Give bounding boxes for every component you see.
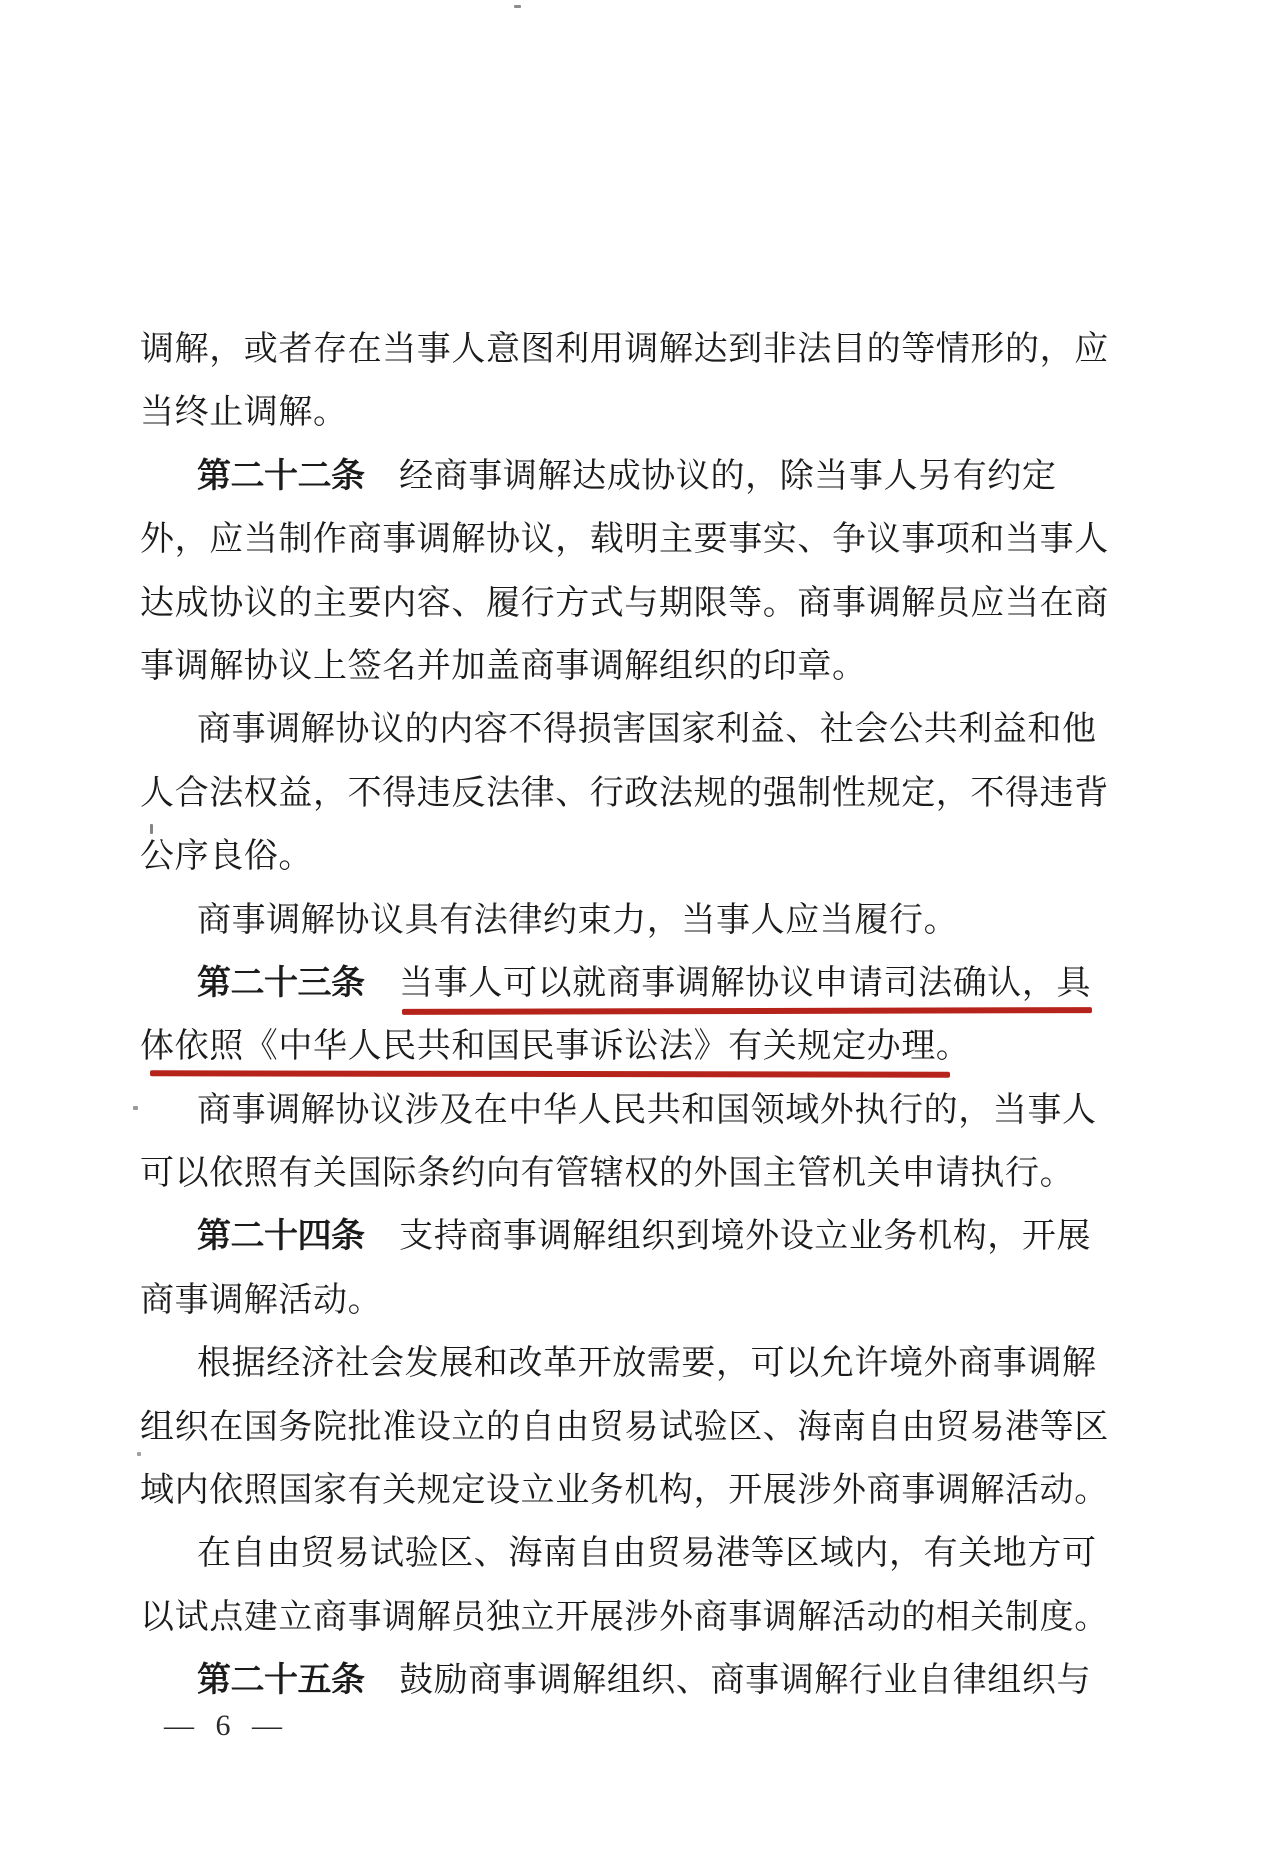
text-line: 第二十二条 经商事调解达成协议的，除当事人另有约定 (140, 445, 1106, 508)
text-line: 第二十五条 鼓励商事调解组织、商事调解行业自律组织与 (140, 1649, 1106, 1712)
body-text: 域内依照国家有关规定设立业务机构，开展涉外商事调解活动。 (140, 1472, 1109, 1509)
text-line: 商事调解协议涉及在中华人民共和国领域外执行的，当事人 (140, 1079, 1106, 1142)
body-text: 公序良俗。 (140, 838, 313, 875)
body-text: 商事调解协议具有法律约束力，当事人应当履行。 (197, 902, 958, 939)
body-text: 外，应当制作商事调解协议，载明主要事实、争议事项和当事人 (140, 521, 1109, 558)
text-line: 达成协议的主要内容、履行方式与期限等。商事调解员应当在商 (140, 572, 1106, 635)
body-text: 根据经济社会发展和改革开放需要，可以允许境外商事调解 (197, 1345, 1097, 1382)
text-line: 人合法权益，不得违反法律、行政法规的强制性规定，不得违背 (140, 762, 1106, 825)
text-line: 组织在国务院批准设立的自由贸易试验区、海南自由贸易港等区 (140, 1396, 1106, 1459)
text-line: 外，应当制作商事调解协议，载明主要事实、争议事项和当事人 (140, 508, 1106, 571)
text-line: 当终止调解。 (140, 381, 1106, 444)
body-text: 鼓励商事调解组织、商事调解行业自律组织与 (365, 1662, 1092, 1699)
body-text: 在自由贸易试验区、海南自由贸易港等区域内，有关地方可 (197, 1535, 1097, 1572)
scan-speck (514, 5, 521, 8)
text-line: 在自由贸易试验区、海南自由贸易港等区域内，有关地方可 (140, 1522, 1106, 1585)
text-line: 第二十四条 支持商事调解组织到境外设立业务机构，开展 (140, 1205, 1106, 1268)
text-line: 第二十三条 当事人可以就商事调解协议申请司法确认，具 (140, 952, 1106, 1015)
body-text: 商事调解活动。 (140, 1282, 382, 1319)
body-text: 以试点建立商事调解员独立开展涉外商事调解活动的相关制度。 (140, 1599, 1109, 1636)
article-number-heading: 第二十五条 (197, 1661, 365, 1699)
text-line: 事调解协议上签名并加盖商事调解组织的印章。 (140, 635, 1106, 698)
body-text: 达成协议的主要内容、履行方式与期限等。商事调解员应当在商 (140, 585, 1109, 622)
body-text: 可以依照有关国际条约向有管辖权的外国主管机关申请执行。 (140, 1155, 1074, 1192)
article-number-heading: 第二十三条 (197, 964, 365, 1002)
text-line: 可以依照有关国际条约向有管辖权的外国主管机关申请执行。 (140, 1142, 1106, 1205)
body-text: 商事调解协议涉及在中华人民共和国领域外执行的，当事人 (197, 1092, 1097, 1129)
body-text: 体依照《中华人民共和国民事诉讼法》有关规定办理。 (140, 1028, 970, 1065)
body-text: 调解，或者存在当事人意图利用调解达到非法目的等情形的，应 (140, 331, 1109, 368)
text-line: 体依照《中华人民共和国民事诉讼法》有关规定办理。 (140, 1015, 1106, 1078)
text-line: 公序良俗。 (140, 825, 1106, 888)
body-text: 支持商事调解组织到境外设立业务机构，开展 (365, 1218, 1092, 1255)
body-text: 当终止调解。 (140, 394, 348, 431)
document-page: 调解，或者存在当事人意图利用调解达到非法目的等情形的，应当终止调解。第二十二条 … (0, 0, 1280, 1850)
text-line: 商事调解协议的内容不得损害国家利益、社会公共利益和他 (140, 698, 1106, 761)
document-lines: 调解，或者存在当事人意图利用调解达到非法目的等情形的，应当终止调解。第二十二条 … (140, 318, 1106, 1713)
text-line: 商事调解活动。 (140, 1269, 1106, 1332)
article-number-heading: 第二十二条 (197, 457, 365, 495)
text-line: 调解，或者存在当事人意图利用调解达到非法目的等情形的，应 (140, 318, 1106, 381)
body-text: 经商事调解达成协议的，除当事人另有约定 (365, 458, 1057, 495)
text-line: 以试点建立商事调解员独立开展涉外商事调解活动的相关制度。 (140, 1586, 1106, 1649)
body-text: 组织在国务院批准设立的自由贸易试验区、海南自由贸易港等区 (140, 1409, 1109, 1446)
page-number-footer: — 6 — (164, 1706, 289, 1746)
text-line: 域内依照国家有关规定设立业务机构，开展涉外商事调解活动。 (140, 1459, 1106, 1522)
scan-speck (133, 1106, 138, 1110)
text-line: 根据经济社会发展和改革开放需要，可以允许境外商事调解 (140, 1332, 1106, 1395)
body-text: 事调解协议上签名并加盖商事调解组织的印章。 (140, 648, 867, 685)
body-text: 商事调解协议的内容不得损害国家利益、社会公共利益和他 (197, 711, 1097, 748)
text-line: 商事调解协议具有法律约束力，当事人应当履行。 (140, 889, 1106, 952)
article-number-heading: 第二十四条 (197, 1217, 365, 1255)
body-text: 当事人可以就商事调解协议申请司法确认，具 (365, 965, 1092, 1002)
body-text: 人合法权益，不得违反法律、行政法规的强制性规定，不得违背 (140, 775, 1109, 812)
